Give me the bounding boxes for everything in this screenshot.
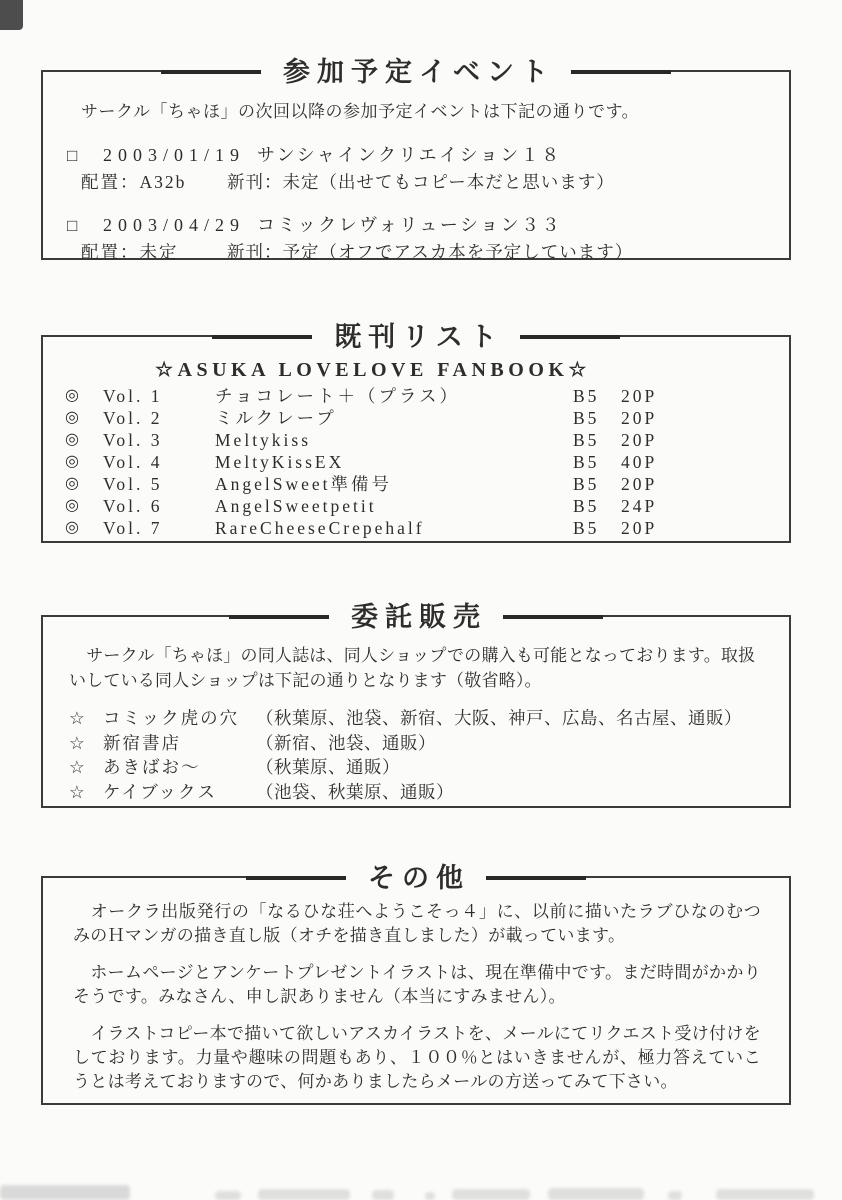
- book-row: ◎ Vol. 2 ミルクレープ B5 20P: [65, 407, 681, 429]
- section-other-title-bar: その他: [43, 860, 789, 896]
- shops-intro-text: サークル「ちゃほ」の同人誌は、同人ショップでの購入も可能となっております。取扱い…: [69, 643, 761, 693]
- book-row: ◎ Vol. 3 Meltykiss B5 20P: [65, 429, 681, 451]
- scan-smudge: [215, 1191, 241, 1200]
- book-title: AngelSweet準備号: [215, 473, 573, 495]
- section-other: その他 オークラ出版発行の「なるひな荘へようこそっ４」に、以前に描いたラブひなの…: [41, 876, 791, 1105]
- scan-smudge: [258, 1189, 350, 1200]
- book-size: B5: [573, 495, 621, 517]
- event-placement: 配置：A32b: [81, 169, 227, 194]
- title-rule-right: [486, 876, 586, 880]
- shop-name: あきばお～: [103, 755, 256, 780]
- book-row: ◎ Vol. 5 AngelSweet準備号 B5 20P: [65, 473, 681, 495]
- book-volume: Vol. 5: [103, 473, 215, 495]
- book-volume: Vol. 1: [103, 385, 215, 407]
- shop-locations: （秋葉原、通販）: [256, 755, 400, 780]
- star-bullet-icon: ☆: [69, 706, 103, 731]
- star-bullet-icon: ☆: [69, 755, 103, 780]
- event-release: 新刊：予定（オフでアスカ本を予定しています）: [227, 239, 633, 264]
- section-events: 参加予定イベント サークル「ちゃほ」の次回以降の参加予定イベントは下記の通りです…: [41, 70, 791, 260]
- book-volume: Vol. 7: [103, 517, 215, 539]
- book-pages: 20P: [621, 473, 681, 495]
- book-size: B5: [573, 407, 621, 429]
- event-item: □ 2003/04/29 コミックレヴォリューション３３ 配置：未定 新刊：予定…: [67, 211, 759, 264]
- shop-row: ☆ ケイブックス （池袋、秋葉原、通販）: [69, 780, 761, 805]
- scan-smudge: [668, 1191, 682, 1200]
- other-paragraph: オークラ出版発行の「なるひな荘へようこそっ４」に、以前に描いたラブひなのむつみの…: [73, 900, 761, 948]
- shop-row: ☆ あきばお～ （秋葉原、通販）: [69, 755, 761, 780]
- book-size: B5: [573, 451, 621, 473]
- book-size: B5: [573, 473, 621, 495]
- book-row: ◎ Vol. 1 チョコレート＋（プラス） B5 20P: [65, 385, 681, 407]
- book-volume: Vol. 6: [103, 495, 215, 517]
- shop-locations: （池袋、秋葉原、通販）: [256, 780, 454, 805]
- star-bullet-icon: ☆: [69, 780, 103, 805]
- book-row: ◎ Vol. 7 RareCheeseCrepehalf B5 20P: [65, 517, 681, 539]
- book-pages: 20P: [621, 385, 681, 407]
- section-books: 既刊リスト ☆ASUKA LOVELOVE FANBOOK☆ ◎ Vol. 1 …: [41, 335, 791, 543]
- fanbook-series-header: ☆ASUKA LOVELOVE FANBOOK☆: [65, 357, 681, 382]
- book-pages: 24P: [621, 495, 681, 517]
- scanned-doujin-info-page: { "sections": { "events": { "title": "参加…: [0, 0, 842, 1200]
- shop-locations: （新宿、池袋、通販）: [256, 731, 436, 756]
- double-circle-bullet-icon: ◎: [65, 407, 103, 429]
- double-circle-bullet-icon: ◎: [65, 495, 103, 517]
- section-other-title: その他: [346, 860, 486, 896]
- book-title: RareCheeseCrepehalf: [215, 517, 573, 539]
- star-bullet-icon: ☆: [69, 731, 103, 756]
- book-size: B5: [573, 429, 621, 451]
- event-heading: □ 2003/01/19 サンシャインクリエイション１８: [67, 141, 759, 167]
- book-size: B5: [573, 385, 621, 407]
- section-shops-title: 委託販売: [329, 599, 503, 635]
- double-circle-bullet-icon: ◎: [65, 517, 103, 539]
- title-rule-left: [212, 335, 312, 339]
- scan-smudge: [548, 1188, 644, 1200]
- double-circle-bullet-icon: ◎: [65, 473, 103, 495]
- other-paragraph: ホームページとアンケートプレゼントイラストは、現在準備中です。まだ時間がかかりそ…: [73, 961, 761, 1009]
- event-details: 配置：A32b 新刊：未定（出せてもコピー本だと思います）: [67, 169, 759, 194]
- event-heading: □ 2003/04/29 コミックレヴォリューション３３: [67, 211, 759, 237]
- scan-smudge: [716, 1189, 814, 1200]
- double-circle-bullet-icon: ◎: [65, 429, 103, 451]
- book-row: ◎ Vol. 4 MeltyKissEX B5 40P: [65, 451, 681, 473]
- section-events-content: サークル「ちゃほ」の次回以降の参加予定イベントは下記の通りです。 □ 2003/…: [43, 72, 789, 264]
- scan-artifact-corner-mark: [0, 0, 23, 30]
- shop-locations: （秋葉原、池袋、新宿、大阪、神戸、広島、名古屋、通販）: [256, 706, 742, 731]
- checkbox-icon: □: [67, 146, 103, 166]
- checkbox-icon: □: [67, 216, 103, 236]
- other-paragraph: イラストコピー本で描いて欲しいアスカイラストを、メールにてリクエスト受け付けをし…: [73, 1022, 761, 1094]
- section-shops-content: サークル「ちゃほ」の同人誌は、同人ショップでの購入も可能となっております。取扱い…: [43, 617, 789, 804]
- title-rule-left: [229, 615, 329, 619]
- section-shops: 委託販売 サークル「ちゃほ」の同人誌は、同人ショップでの購入も可能となっておりま…: [41, 615, 791, 808]
- section-shops-title-bar: 委託販売: [43, 599, 789, 635]
- book-title: Meltykiss: [215, 429, 573, 451]
- event-item: □ 2003/01/19 サンシャインクリエイション１８ 配置：A32b 新刊：…: [67, 141, 759, 194]
- event-date: 2003/01/19: [103, 145, 245, 166]
- shop-row: ☆ 新宿書店 （新宿、池袋、通販）: [69, 731, 761, 756]
- events-intro-text: サークル「ちゃほ」の次回以降の参加予定イベントは下記の通りです。: [67, 100, 759, 124]
- scan-smudge: [452, 1189, 530, 1200]
- book-pages: 40P: [621, 451, 681, 473]
- book-pages: 20P: [621, 429, 681, 451]
- shop-row: ☆ コミック虎の穴 （秋葉原、池袋、新宿、大阪、神戸、広島、名古屋、通販）: [69, 706, 761, 731]
- title-rule-right: [571, 70, 671, 74]
- event-placement: 配置：未定: [81, 239, 227, 264]
- event-details: 配置：未定 新刊：予定（オフでアスカ本を予定しています）: [67, 239, 759, 264]
- book-size: B5: [573, 517, 621, 539]
- book-title: MeltyKissEX: [215, 451, 573, 473]
- shop-list: ☆ コミック虎の穴 （秋葉原、池袋、新宿、大阪、神戸、広島、名古屋、通販） ☆ …: [69, 706, 761, 804]
- section-books-content: ☆ASUKA LOVELOVE FANBOOK☆ ◎ Vol. 1 チョコレート…: [43, 337, 789, 539]
- book-title: ミルクレープ: [215, 407, 573, 429]
- section-other-content: オークラ出版発行の「なるひな荘へようこそっ４」に、以前に描いたラブひなのむつみの…: [43, 878, 789, 1094]
- title-rule-right: [520, 335, 620, 339]
- section-books-title: 既刊リスト: [312, 319, 519, 355]
- event-name: コミックレヴォリューション３３: [257, 211, 562, 237]
- book-row: ◎ Vol. 6 AngelSweetpetit B5 24P: [65, 495, 681, 517]
- title-rule-right: [503, 615, 603, 619]
- book-title: AngelSweetpetit: [215, 495, 573, 517]
- title-rule-left: [246, 876, 346, 880]
- book-volume: Vol. 4: [103, 451, 215, 473]
- section-events-title-bar: 参加予定イベント: [43, 54, 789, 90]
- book-pages: 20P: [621, 407, 681, 429]
- shop-name: コミック虎の穴: [103, 706, 256, 731]
- book-pages: 20P: [621, 517, 681, 539]
- title-rule-left: [161, 70, 261, 74]
- section-books-title-bar: 既刊リスト: [43, 319, 789, 355]
- event-name: サンシャインクリエイション１８: [257, 141, 562, 167]
- book-volume: Vol. 3: [103, 429, 215, 451]
- double-circle-bullet-icon: ◎: [65, 385, 103, 407]
- shop-name: ケイブックス: [103, 780, 256, 805]
- shop-name: 新宿書店: [103, 731, 256, 756]
- scan-smudge: [372, 1190, 394, 1200]
- section-events-title: 参加予定イベント: [261, 54, 571, 90]
- scan-smudge: [0, 1185, 130, 1200]
- scan-smudge: [425, 1192, 435, 1200]
- book-title: チョコレート＋（プラス）: [215, 385, 573, 407]
- double-circle-bullet-icon: ◎: [65, 451, 103, 473]
- event-release: 新刊：未定（出せてもコピー本だと思います）: [227, 169, 615, 194]
- event-date: 2003/04/29: [103, 215, 245, 236]
- book-volume: Vol. 2: [103, 407, 215, 429]
